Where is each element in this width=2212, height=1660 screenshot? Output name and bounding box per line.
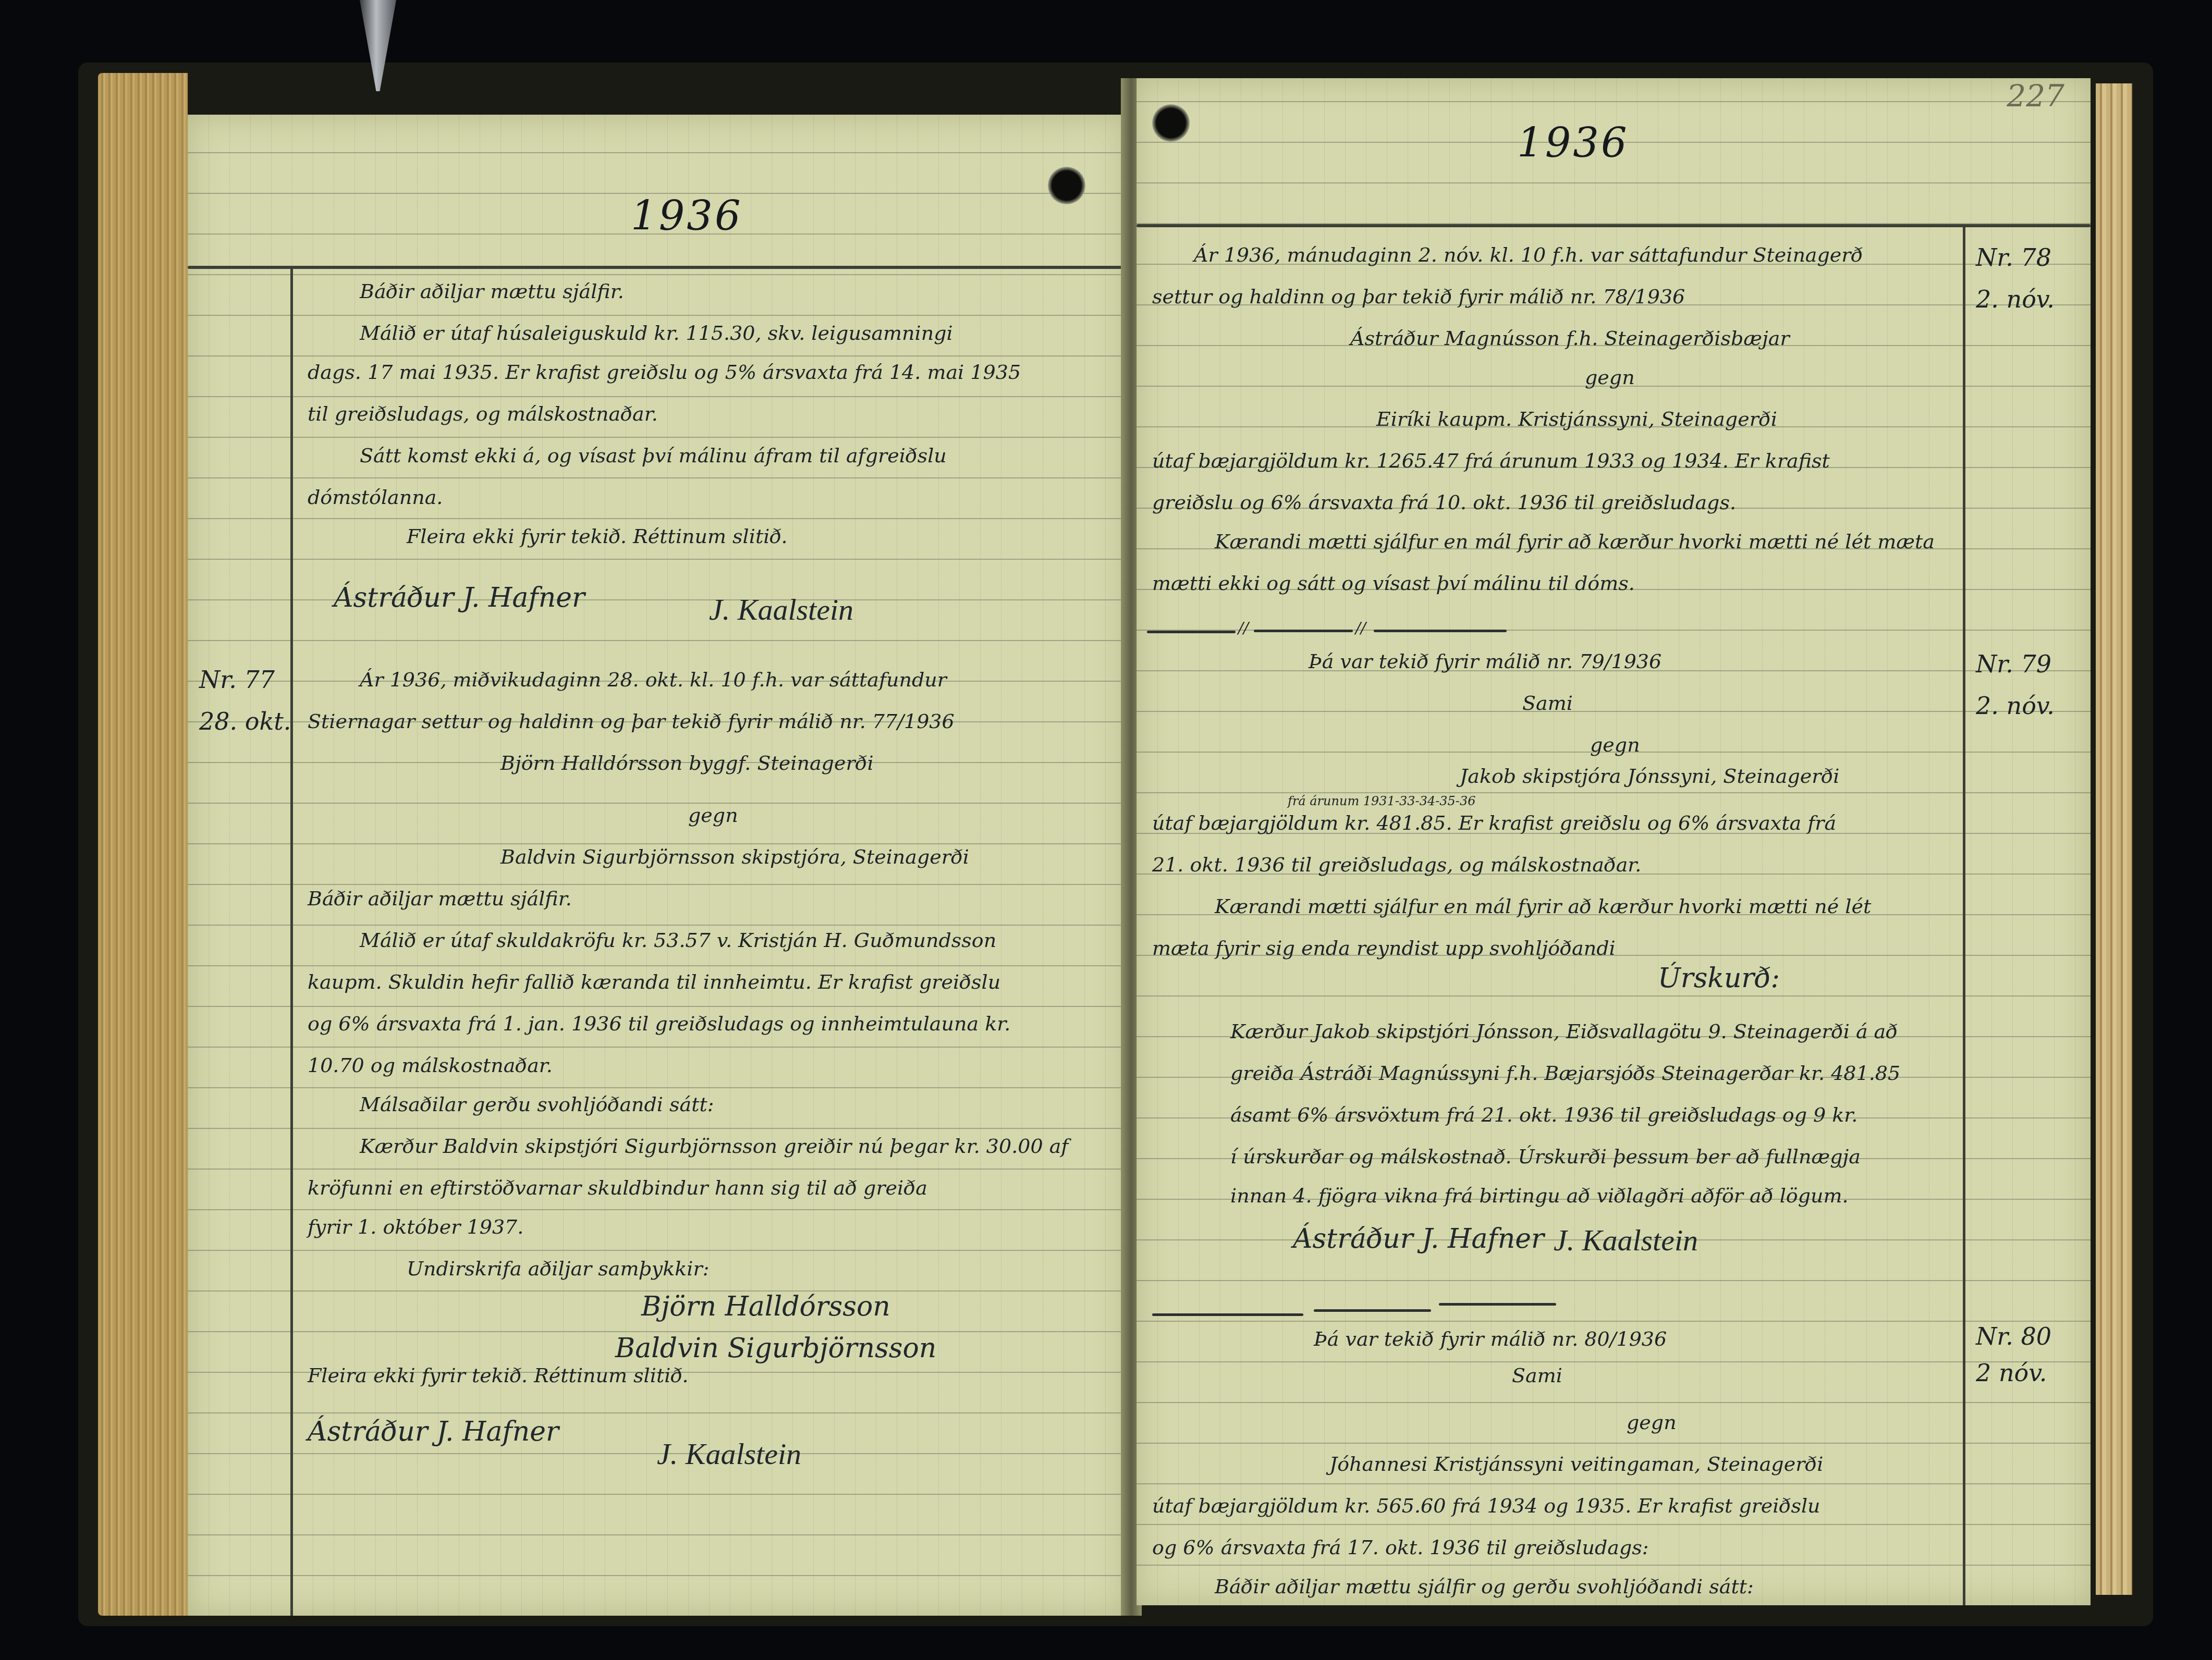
text-line: útaf bæjargjöldum kr. 481.85. Er krafist… xyxy=(1152,813,1836,834)
text-line: Kærandi mætti sjálfur en mál fyrir að kæ… xyxy=(1215,896,1871,917)
year-header: 1936 xyxy=(631,193,743,240)
folio-number: 227 xyxy=(2007,78,2064,114)
text-line: í úrskurðar og málskostnað. Úrskurði þes… xyxy=(1230,1147,1861,1167)
signature-judge: Ástráður J. Hafner xyxy=(1293,1225,1544,1253)
signature-clerk: J. Kaalstein xyxy=(1554,1225,1698,1257)
gegn-label: gegn xyxy=(688,805,738,826)
plaintiff: Sami xyxy=(1522,693,1573,714)
text-line: Báðir aðiljar mættu sjálfir og gerðu svo… xyxy=(1215,1577,1754,1597)
binding-hole xyxy=(1152,104,1190,142)
text-line: Málsaðilar gerðu svohljóðandi sátt: xyxy=(360,1095,714,1115)
text-line: ásamt 6% ársvöxtum frá 21. okt. 1936 til… xyxy=(1230,1105,1857,1126)
text-line: Þá var tekið fyrir málið nr. 80/1936 xyxy=(1314,1329,1667,1350)
defendant: Jóhannesi Kristjánssyni veitingaman, Ste… xyxy=(1329,1454,1823,1475)
page-edges-left xyxy=(98,73,188,1616)
header-rule xyxy=(1136,224,2091,227)
entry-divider xyxy=(1439,1303,1556,1306)
entry-divider xyxy=(1314,1309,1431,1312)
signature-defendant: Baldvin Sigurbjörnsson xyxy=(615,1334,936,1363)
signature-judge: Ástráður J. Hafner xyxy=(334,584,585,612)
signature-plaintiff: Björn Halldórsson xyxy=(641,1293,890,1321)
text-line: og 6% ársvaxta frá 1. jan. 1936 til grei… xyxy=(308,1014,1010,1035)
divider-mark: // xyxy=(1355,620,1366,637)
text-line: útaf bæjargjöldum kr. 1265.47 frá árunum… xyxy=(1152,451,1830,472)
text-line: Báðir aðiljar mættu sjálfir. xyxy=(360,281,624,302)
text-line: Ár 1936, mánudaginn 2. nóv. kl. 10 f.h. … xyxy=(1194,245,1863,266)
entry-number: Nr. 80 xyxy=(1976,1324,2051,1349)
plaintiff: Björn Halldórsson byggf. Steinagerði xyxy=(500,753,874,774)
text-line: Ár 1936, miðvikudaginn 28. okt. kl. 10 f… xyxy=(360,670,947,691)
text-line: Þá var tekið fyrir málið nr. 79/1936 xyxy=(1309,651,1661,672)
ruling-heading: Úrskurð: xyxy=(1658,964,1780,993)
signature-clerk: J. Kaalstein xyxy=(709,594,853,626)
entry-number: Nr. 79 xyxy=(1976,651,2051,677)
text-line: greiða Ástráði Magnússyni f.h. Bæjarsjóð… xyxy=(1230,1063,1900,1084)
divider-mark: // xyxy=(1238,620,1249,637)
text-line: Kærður Baldvin skipstjóri Sigurbjörnsson… xyxy=(360,1136,1068,1157)
margin-column-rule xyxy=(1963,224,1965,1605)
text-line: fyrir 1. október 1937. xyxy=(308,1217,523,1238)
gegn-label: gegn xyxy=(1585,367,1635,388)
closing-line: Fleira ekki fyrir tekið. Réttinum slitið… xyxy=(308,1366,689,1386)
entry-date: 2. nóv. xyxy=(1976,287,2055,312)
right-page: 227 1936 Nr. 78 2. nóv. Ár 1936, mánudag… xyxy=(1136,78,2091,1605)
entry-date: 28. okt. xyxy=(199,709,291,734)
entry-divider xyxy=(1374,630,1507,632)
entry-divider xyxy=(1152,1313,1303,1316)
superscript-note: frá árunum 1931-33-34-35-36 xyxy=(1288,795,1476,808)
text-line: dags. 17 mai 1935. Er krafist greiðslu o… xyxy=(308,362,1021,383)
text-line: settur og haldinn og þar tekið fyrir mál… xyxy=(1152,287,1685,308)
entry-number: Nr. 78 xyxy=(1976,245,2051,270)
text-line: kaupm. Skuldin hefir fallið kæranda til … xyxy=(308,972,1000,993)
text-line: mætti ekki og sátt og vísast því málinu … xyxy=(1152,573,1635,594)
year-header: 1936 xyxy=(1517,120,1629,167)
text-line: 10.70 og málskostnaðar. xyxy=(308,1055,553,1076)
text-line: Kærður Jakob skipstjóri Jónsson, Eiðsval… xyxy=(1230,1022,1898,1042)
text-line: útaf bæjargjöldum kr. 565.60 frá 1934 og… xyxy=(1152,1496,1820,1517)
entry-date: 2. nóv. xyxy=(1976,693,2055,718)
text-line: Kærandi mætti sjálfur en mál fyrir að kæ… xyxy=(1215,532,1935,552)
text-line: 21. okt. 1936 til greiðsludags, og málsk… xyxy=(1152,855,1641,876)
page-edges-right xyxy=(2096,83,2132,1595)
text-line: Málið er útaf húsaleiguskuld kr. 115.30,… xyxy=(360,323,953,344)
entry-number: Nr. 77 xyxy=(199,667,275,692)
signature-judge: Ástráður J. Hafner xyxy=(308,1418,559,1446)
plaintiff: Sami xyxy=(1512,1366,1562,1386)
text-line: til greiðsludags, og málskostnaðar. xyxy=(308,404,658,425)
text-line: innan 4. fjögra vikna frá birtingu að vi… xyxy=(1230,1186,1849,1207)
entry-divider xyxy=(1147,631,1236,633)
header-rule xyxy=(188,266,1126,269)
entry-date: 2 nóv. xyxy=(1976,1360,2047,1385)
margin-column-rule xyxy=(290,266,293,1616)
text-line: og 6% ársvaxta frá 17. okt. 1936 til gre… xyxy=(1152,1538,1649,1558)
text-line: Báðir aðiljar mættu sjálfir. xyxy=(308,889,572,909)
text-line: kröfunni en eftirstöðvarnar skuldbindur … xyxy=(308,1178,927,1199)
plaintiff: Ástráður Magnússon f.h. Steinagerðisbæja… xyxy=(1350,328,1790,349)
defendant: Jakob skipstjóra Jónssyni, Steinagerði xyxy=(1460,766,1839,787)
gegn-label: gegn xyxy=(1590,735,1640,756)
text-line: dómstólanna. xyxy=(308,487,443,508)
text-line: mæta fyrir sig enda reyndist upp svohljó… xyxy=(1152,938,1616,959)
left-page: 1936 Báðir aðiljar mættu sjálfir. Málið … xyxy=(188,115,1126,1616)
text-line: Stiernagar settur og haldinn og þar teki… xyxy=(308,711,955,732)
binding-hole xyxy=(1048,167,1085,204)
entry-divider xyxy=(1254,630,1353,632)
closing-line: Fleira ekki fyrir tekið. Réttinum slitið… xyxy=(407,526,788,547)
defendant: Eiríki kaupm. Kristjánssyni, Steinagerði xyxy=(1376,409,1777,430)
text-line: greiðslu og 6% ársvaxta frá 10. okt. 193… xyxy=(1152,493,1736,513)
text-line: Undirskrifa aðiljar samþykkir: xyxy=(407,1259,709,1280)
text-line: Málið er útaf skuldakröfu kr. 53.57 v. K… xyxy=(360,930,996,951)
signature-clerk: J. Kaalstein xyxy=(657,1438,801,1470)
defendant: Baldvin Sigurbjörnsson skipstjóra, Stein… xyxy=(500,847,969,868)
text-line: Sátt komst ekki á, og vísast því málinu … xyxy=(360,446,947,466)
gegn-label: gegn xyxy=(1627,1412,1677,1433)
